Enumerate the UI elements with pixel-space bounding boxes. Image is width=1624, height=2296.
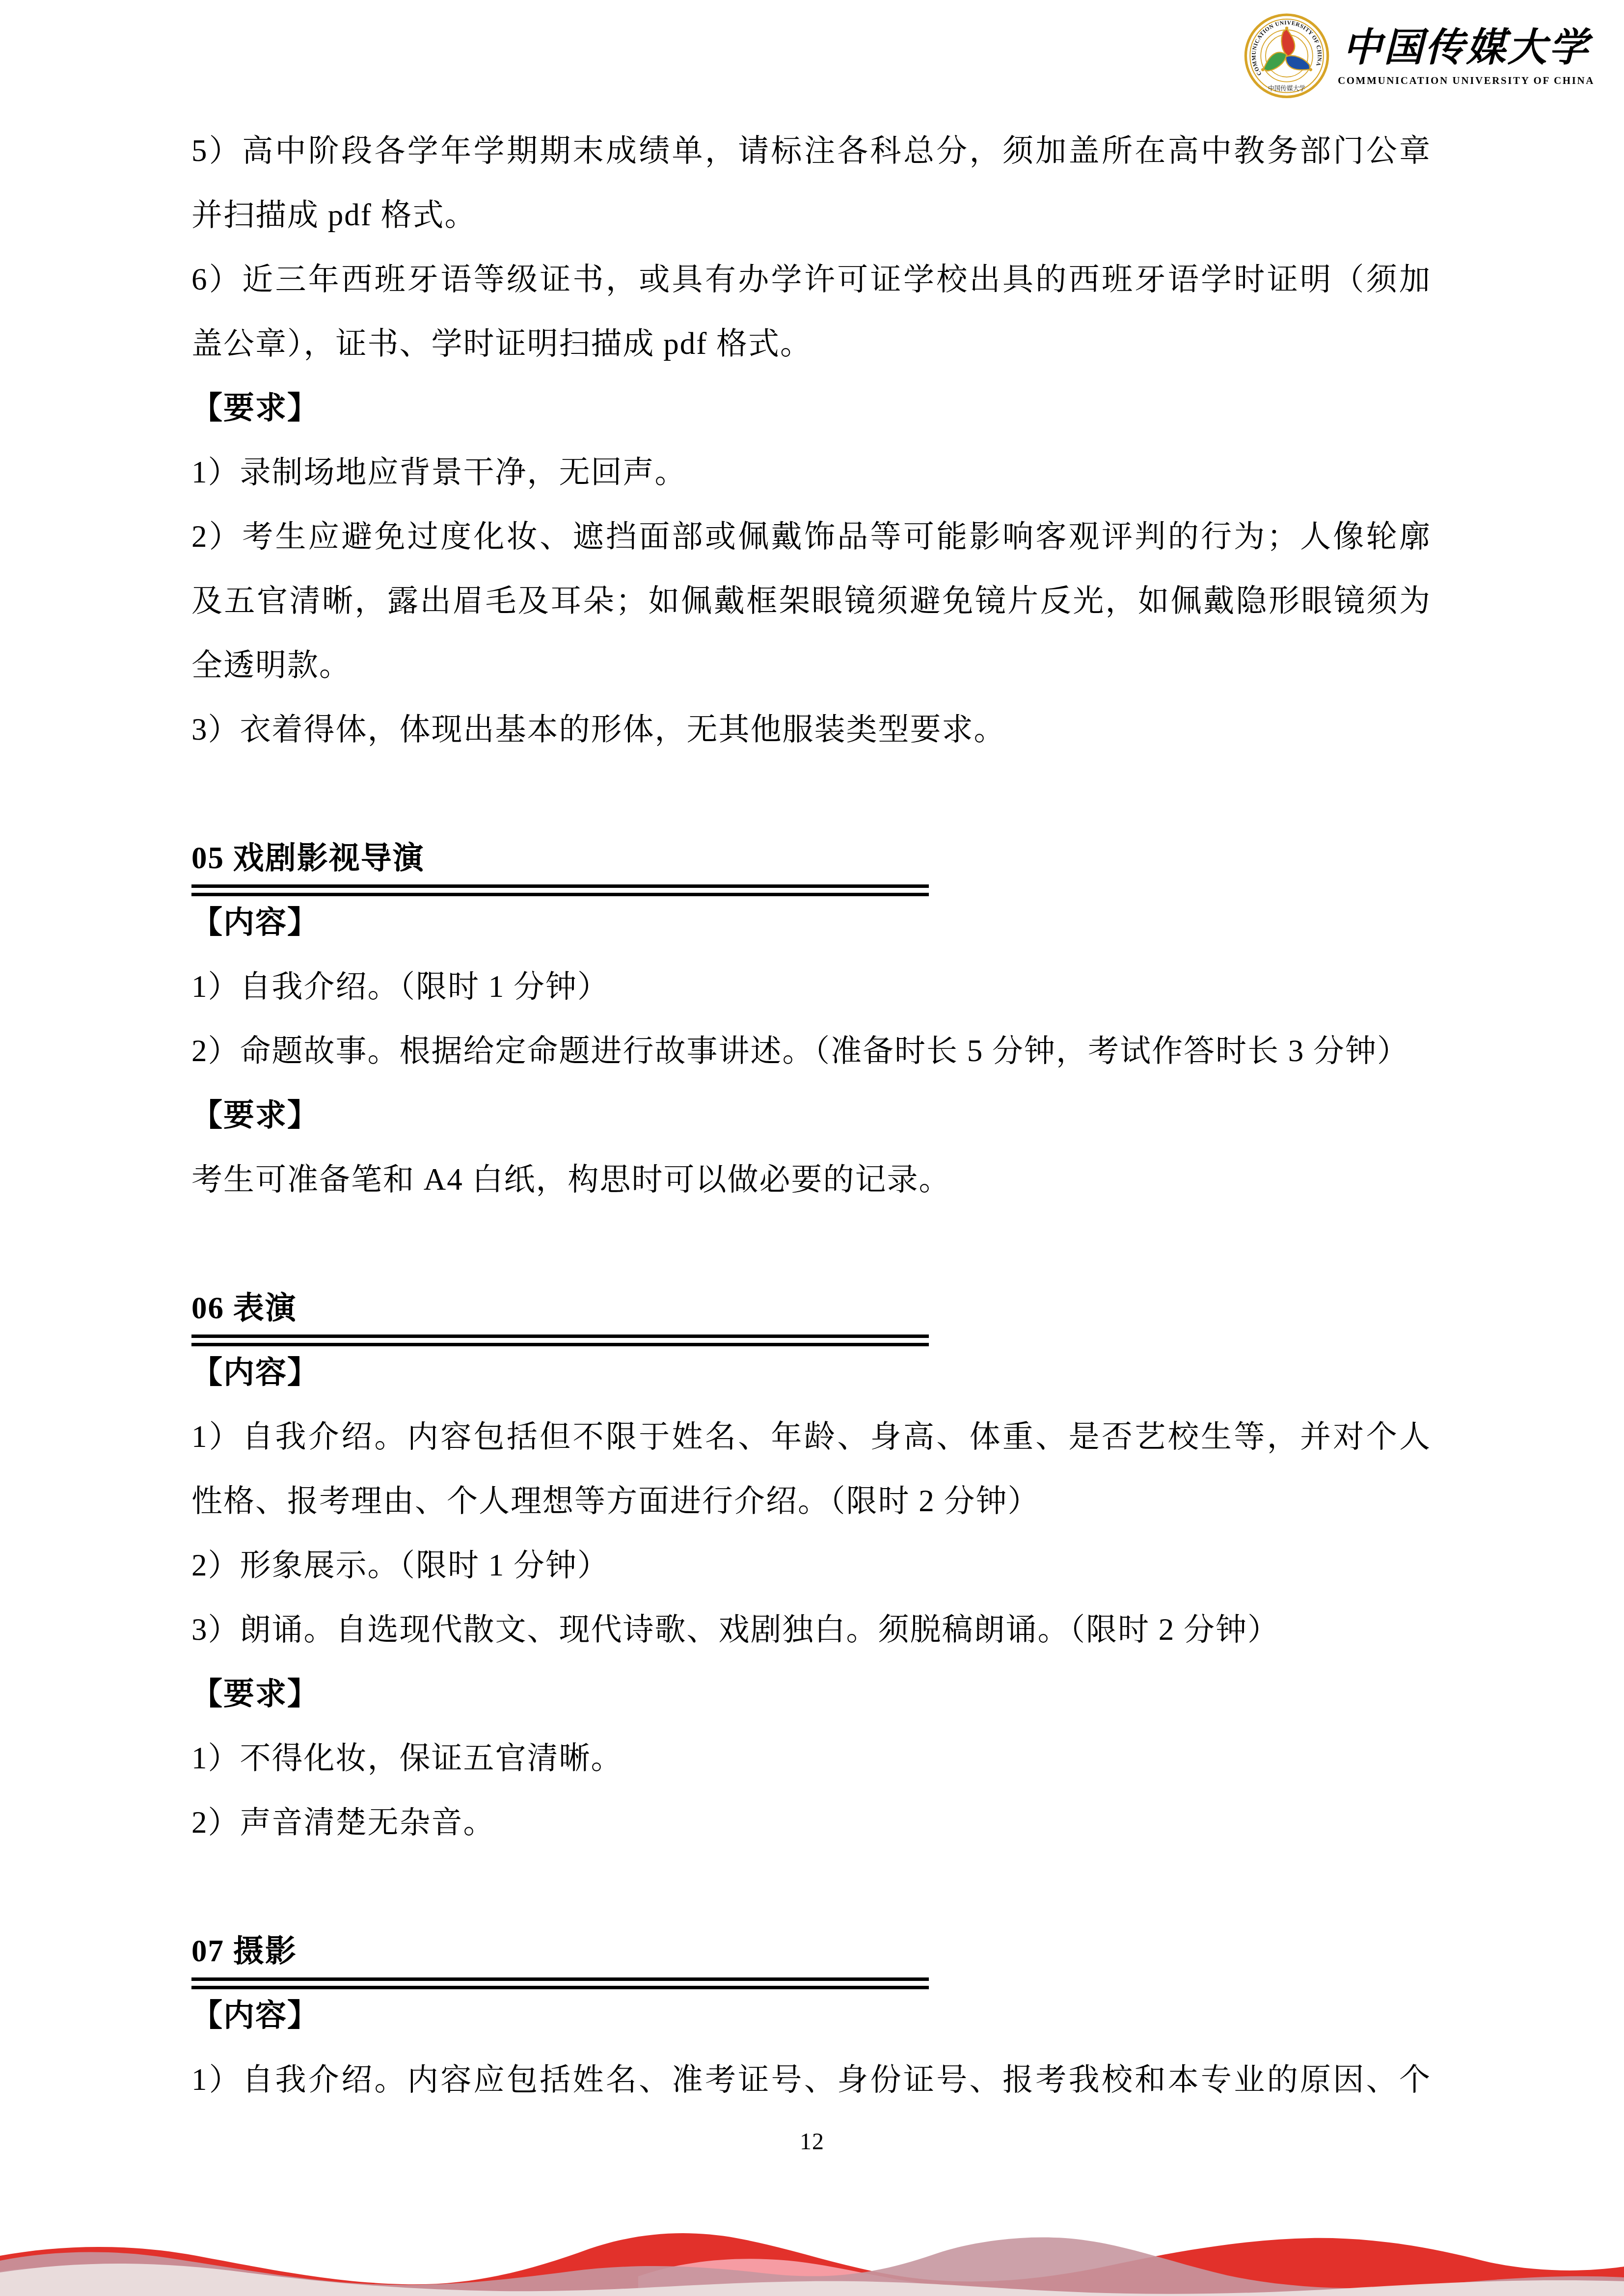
text-line: 全透明款。 [191,633,1431,697]
text-line: 1）不得化妆，保证五官清晰。 [191,1726,1431,1790]
bracket-label: 【内容】 [191,1983,1431,2048]
text-line: 并扫描成 pdf 格式。 [191,183,1431,247]
bracket-label: 【要求】 [191,376,1431,440]
bracket-label: 【内容】 [191,1340,1431,1405]
bracket-label: 【要求】 [191,1083,1431,1148]
blank-line [191,1855,1431,1919]
section-heading: 07 摄影 [191,1919,1431,1983]
university-name-zh: 中国传媒大学 [1342,24,1590,73]
section-heading: 06 表演 [191,1276,1431,1340]
university-name-en: COMMUNICATION UNIVERSITY OF CHINA [1338,75,1595,87]
bracket-label: 【内容】 [191,890,1431,955]
heading-double-underline [191,884,929,896]
text-line: 考生可准备笔和 A4 白纸，构思时可以做必要的记录。 [191,1148,1431,1212]
document-page: { "header": { "university_name_zh": "中国传… [0,0,1624,2296]
section-heading-text: 07 摄影 [191,1934,297,1968]
text-line: 盖公章），证书、学时证明扫描成 pdf 格式。 [191,312,1431,376]
text-line: 6）近三年西班牙语等级证书，或具有办学许可证学校出具的西班牙语学时证明（须加 [191,247,1431,312]
text-line: 1）录制场地应背景干净，无回声。 [191,440,1431,505]
text-line: 1）自我介绍。内容应包括姓名、准考证号、身份证号、报考我校和本专业的原因、个 [191,2048,1431,2112]
text-line: 性格、报考理由、个人理想等方面进行介绍。（限时 2 分钟） [191,1469,1431,1533]
heading-double-underline [191,1977,929,1989]
heading-double-underline [191,1335,929,1346]
section-heading: 05 戏剧影视导演 [191,826,1431,890]
text-line: 3）衣着得体，体现出基本的形体，无其他服装类型要求。 [191,697,1431,762]
logo-text-block: 中国传媒大学 COMMUNICATION UNIVERSITY OF CHINA [1338,24,1595,87]
university-logo: COMMUNICATION UNIVERSITY OF CHINA 中国传媒大学… [1244,12,1595,98]
university-seal-icon: COMMUNICATION UNIVERSITY OF CHINA 中国传媒大学 [1244,12,1330,98]
document-content: 5）高中阶段各学年学期期末成绩单，请标注各科总分，须加盖所在高中教务部门公章并扫… [191,119,1431,2112]
text-line: 1）自我介绍。（限时 1 分钟） [191,955,1431,1019]
text-line: 及五官清晰，露出眉毛及耳朵；如佩戴框架眼镜须避免镜片反光，如佩戴隐形眼镜须为 [191,569,1431,633]
section-heading-text: 05 戏剧影视导演 [191,841,425,875]
blank-line [191,762,1431,826]
bracket-label: 【要求】 [191,1662,1431,1726]
text-line: 2）形象展示。（限时 1 分钟） [191,1533,1431,1598]
text-line: 2）声音清楚无杂音。 [191,1790,1431,1855]
seal-dot [1285,27,1288,29]
text-line: 3）朗诵。自选现代散文、现代诗歌、戏剧独白。须脱稿朗诵。（限时 2 分钟） [191,1598,1431,1662]
text-line: 2）考生应避免过度化妆、遮挡面部或佩戴饰品等可能影响客观评判的行为；人像轮廓 [191,505,1431,569]
text-line: 2）命题故事。根据给定命题进行故事讲述。（准备时长 5 分钟，考试作答时长 3 … [191,1019,1431,1083]
section-heading-text: 06 表演 [191,1291,297,1325]
page-number: 12 [0,2128,1624,2155]
blank-line [191,1212,1431,1276]
seal-bottom-text: 中国传媒大学 [1268,84,1305,92]
footer-wave-decoration [0,2198,1624,2296]
text-line: 1）自我介绍。内容包括但不限于姓名、年龄、身高、体重、是否艺校生等，并对个人 [191,1405,1431,1469]
text-line: 5）高中阶段各学年学期期末成绩单，请标注各科总分，须加盖所在高中教务部门公章 [191,119,1431,183]
